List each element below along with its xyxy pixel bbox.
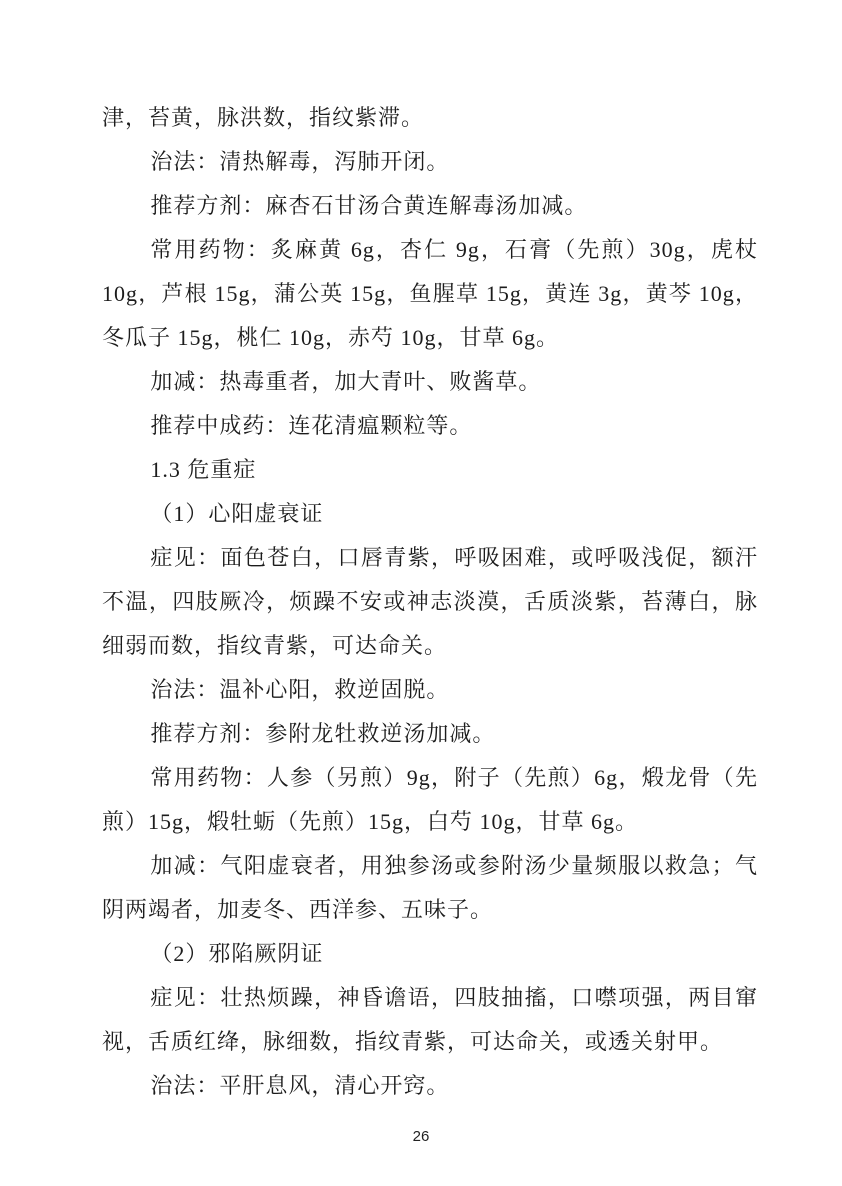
document-page: 津，苔黄，脉洪数，指纹紫滞。 治法：清热解毒，泻肺开闭。 推荐方剂：麻杏石甘汤合… <box>0 0 842 1186</box>
paragraph-patent-medicine: 推荐中成药：连花清瘟颗粒等。 <box>102 404 758 448</box>
paragraph-recommended-formula-1: 推荐方剂：参附龙牡救逆汤加减。 <box>102 712 758 756</box>
paragraph-common-herbs: 常用药物：炙麻黄 6g，杏仁 9g，石膏（先煎）30g，虎杖 10g，芦根 15… <box>102 228 758 360</box>
paragraph-treatment-method-1: 治法：温补心阳，救逆固脱。 <box>102 668 758 712</box>
paragraph-continuation-symptoms: 津，苔黄，脉洪数，指纹紫滞。 <box>102 96 758 140</box>
page-number: 26 <box>0 1128 842 1145</box>
paragraph-treatment-method: 治法：清热解毒，泻肺开闭。 <box>102 140 758 184</box>
document-body: 津，苔黄，脉洪数，指纹紫滞。 治法：清热解毒，泻肺开闭。 推荐方剂：麻杏石甘汤合… <box>102 96 758 1108</box>
paragraph-modifications-1: 加减：气阳虚衰者，用独参汤或参附汤少量频服以救急；气阴两竭者，加麦冬、西洋参、五… <box>102 844 758 932</box>
subsection-heading-heart-yang-deficiency: （1）心阳虚衰证 <box>102 492 758 536</box>
paragraph-recommended-formula: 推荐方剂：麻杏石甘汤合黄连解毒汤加减。 <box>102 184 758 228</box>
paragraph-common-herbs-1: 常用药物：人参（另煎）9g，附子（先煎）6g，煅龙骨（先煎）15g，煅牡蛎（先煎… <box>102 756 758 844</box>
paragraph-treatment-method-2: 治法：平肝息风，清心开窍。 <box>102 1064 758 1108</box>
subsection-heading-pathogen-jueyin: （2）邪陷厥阴证 <box>102 932 758 976</box>
paragraph-modifications: 加减：热毒重者，加大青叶、败酱草。 <box>102 360 758 404</box>
section-heading-critical-illness: 1.3 危重症 <box>102 448 758 492</box>
paragraph-symptoms-2: 症见：壮热烦躁，神昏谵语，四肢抽搐，口噤项强，两目窜视，舌质红绛，脉细数，指纹青… <box>102 976 758 1064</box>
paragraph-symptoms-1: 症见：面色苍白，口唇青紫，呼吸困难，或呼吸浅促，额汗不温，四肢厥冷，烦躁不安或神… <box>102 536 758 668</box>
